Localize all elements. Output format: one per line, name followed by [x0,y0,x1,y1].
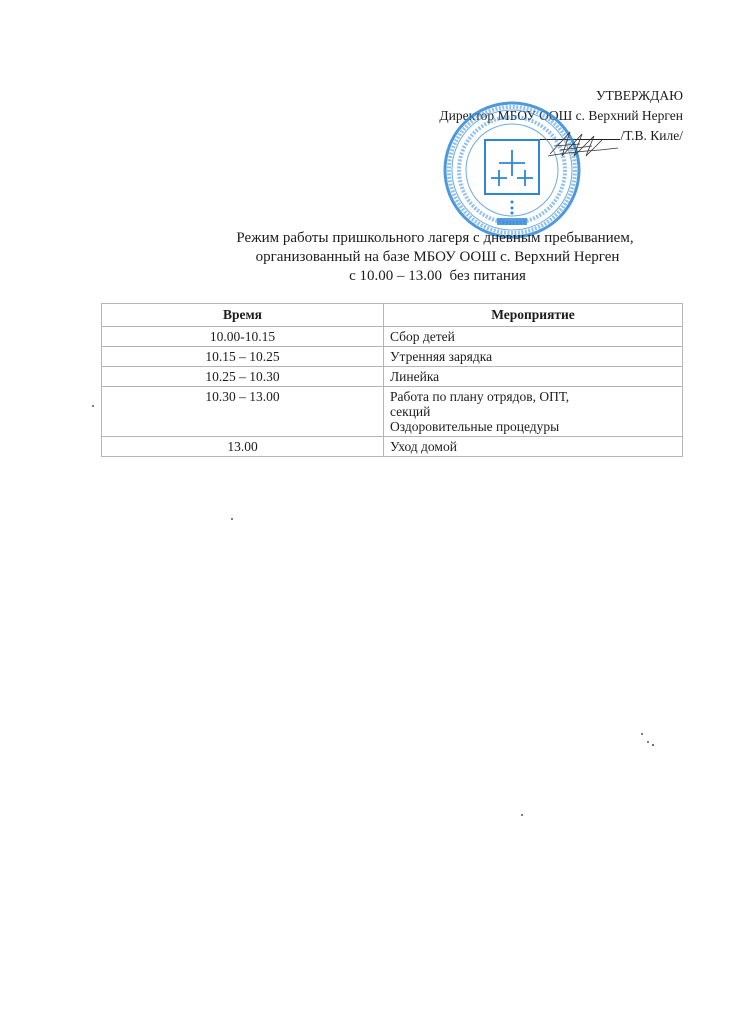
header-activity: Мероприятие [384,304,683,327]
activity-line: Работа по плану отрядов, ОПТ, [390,389,676,404]
activity-line: Утренняя зарядка [390,349,676,364]
time-cell: 10.30 – 13.00 [102,387,384,437]
activity-cell: Сбор детей [384,327,683,347]
time-cell: 13.00 [102,437,384,457]
activity-cell: Работа по плану отрядов, ОПТ, секций Озд… [384,387,683,437]
activity-line: Оздоровительные процедуры [390,419,676,434]
scan-speck [647,741,649,743]
activity-cell: Уход домой [384,437,683,457]
table-row: 10.30 – 13.00 Работа по плану отрядов, О… [102,387,683,437]
scan-speck [231,518,233,520]
header-time: Время [102,304,384,327]
table-row: 10.00-10.15 Сбор детей [102,327,683,347]
table-header-row: Время Мероприятие [102,304,683,327]
time-cell: 10.00-10.15 [102,327,384,347]
activity-cell: Линейка [384,367,683,387]
table-row: 10.15 – 10.25 Утренняя зарядка [102,347,683,367]
scan-speck [521,814,523,816]
scan-speck [92,405,94,407]
table-row: 10.25 – 10.30 Линейка [102,367,683,387]
table-row: 13.00 Уход домой [102,437,683,457]
school-seal-stamp-icon [441,100,583,240]
director-signature-icon [540,126,620,162]
activity-line: Сбор детей [390,329,676,344]
scan-speck [641,733,643,735]
activity-line: секций [390,404,676,419]
activity-cell: Утренняя зарядка [384,347,683,367]
activity-line: Уход домой [390,439,676,454]
activity-line: Линейка [390,369,676,384]
time-cell: 10.15 – 10.25 [102,347,384,367]
scan-speck [652,744,654,746]
schedule-table: Время Мероприятие 10.00-10.15 Сбор детей… [101,303,683,457]
title-line-3: с 10.00 – 13.00 без питания [0,267,745,286]
approval-signatory: /Т.В. Киле/ [621,128,683,143]
time-cell: 10.25 – 10.30 [102,367,384,387]
title-line-2: организованный на базе МБОУ ООШ с. Верхн… [0,248,745,267]
title-line-1: Режим работы пришкольного лагеря с дневн… [0,229,745,248]
document-title: Режим работы пришкольного лагеря с дневн… [0,229,745,286]
